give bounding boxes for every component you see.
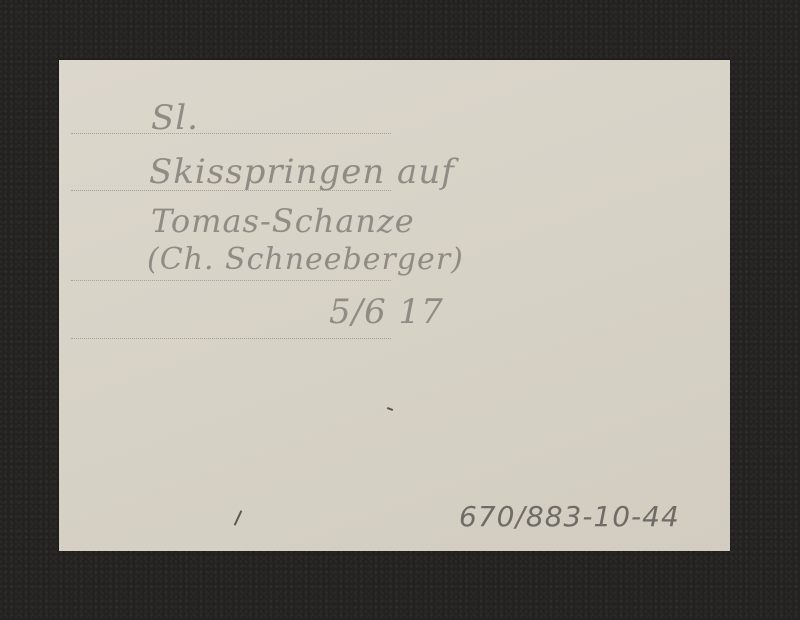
reference-number: 670/883-10-44 (459, 500, 680, 533)
handwritten-date: 5/6 17 (329, 292, 444, 332)
handwritten-line-1: Sl. (151, 98, 199, 138)
pencil-mark (234, 510, 243, 525)
dotted-rule (71, 280, 391, 281)
handwritten-line-4: (Ch. Schneeberger) (147, 242, 464, 277)
dotted-rule (71, 338, 391, 339)
archive-card: Sl. Skisspringen auf Tomas-Schanze (Ch. … (59, 60, 730, 551)
handwritten-line-2: Skisspringen auf (149, 152, 455, 192)
handwritten-line-3: Tomas-Schanze (151, 202, 415, 240)
dotted-rule (71, 133, 391, 134)
pencil-mark (387, 407, 393, 411)
